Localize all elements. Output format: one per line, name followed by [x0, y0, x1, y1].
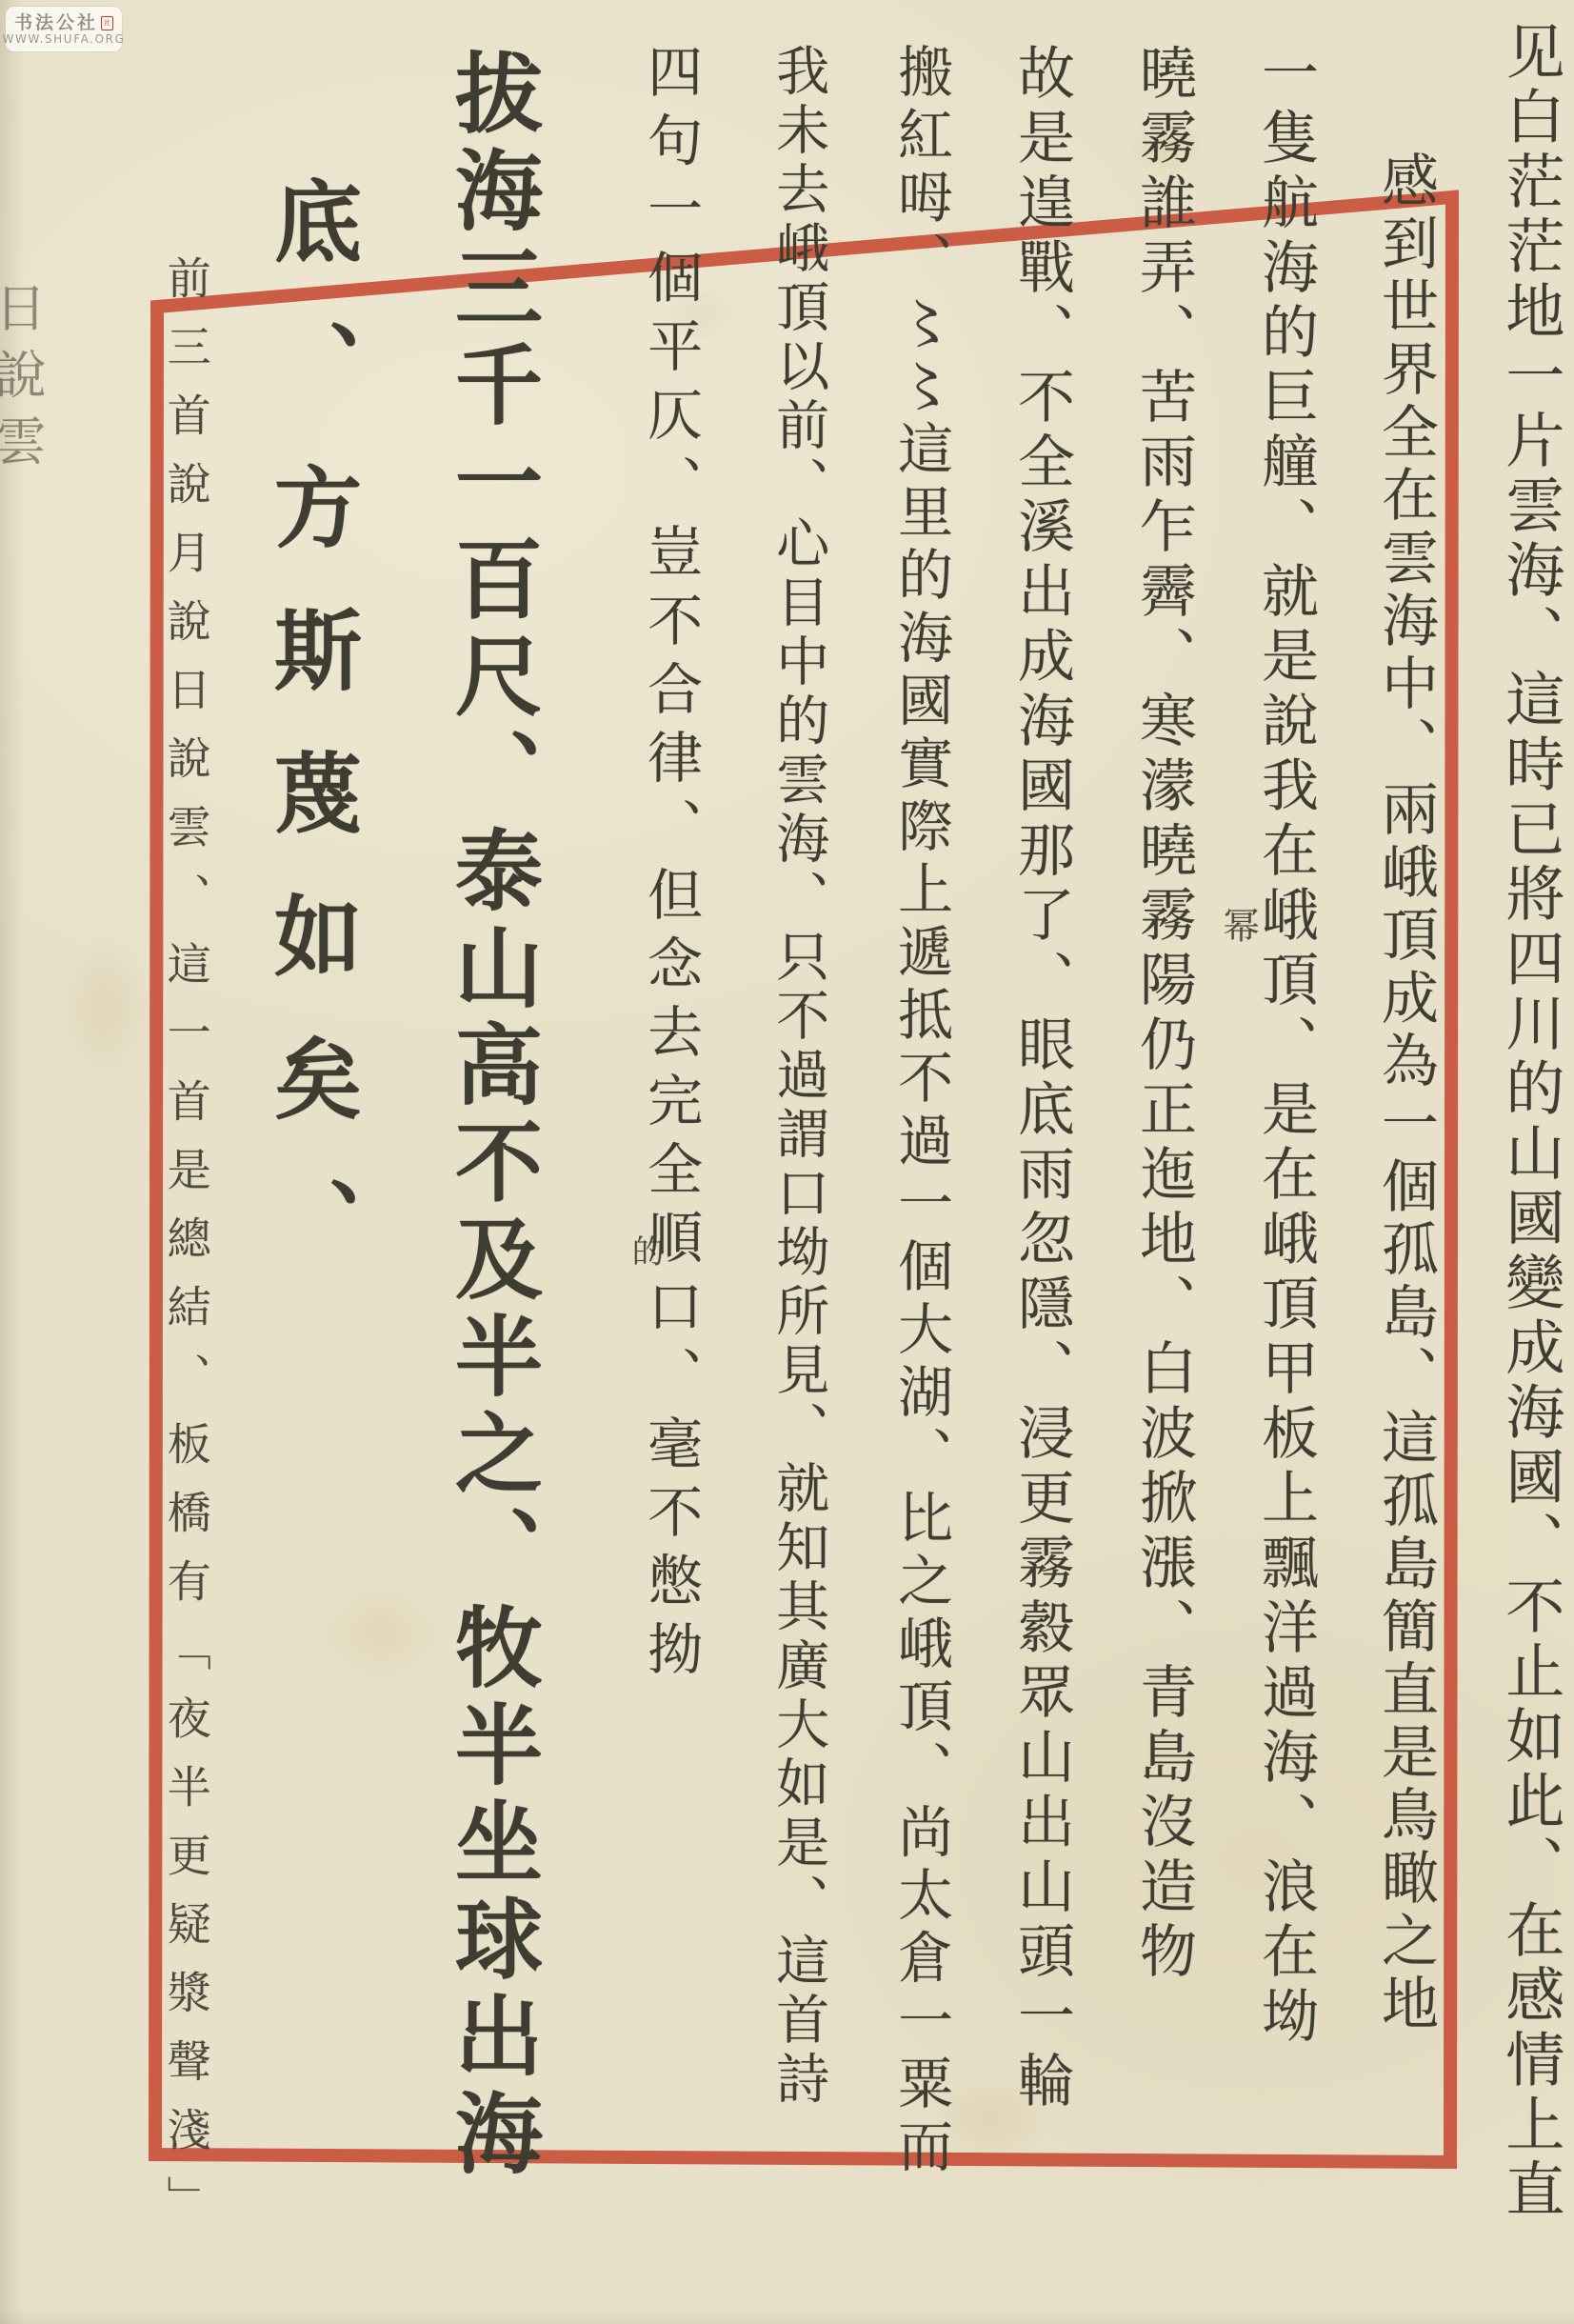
- text-column-c09: 拔海三千一百尺、泰山高不及半之、牧半坐球出海: [427, 48, 558, 2185]
- text-column-c05: 故是遑戰、不全溪出成海國那了、眼底雨忽隱、浸更霧縠眾山出山頭一輪: [1000, 43, 1083, 2115]
- text-column-c14: 日說雲: [0, 281, 53, 481]
- text-column-c10: 底、方斯蔑如矣、: [246, 176, 377, 1319]
- text-column-c13: 的: [621, 1234, 667, 1269]
- watermark-site-url: WWW.SHUFA.ORG: [3, 33, 126, 45]
- paper-stain: [57, 933, 152, 1086]
- text-column-c12: 幂: [1211, 907, 1264, 947]
- text-column-c02: 感到世界全在雲海中、兩峨頂成為一個孤島、這孤島簡直是鳥瞰之地: [1364, 150, 1446, 2036]
- text-column-c07: 我未去峨頂以前、心目中的雲海、只不過謂口坳所見、就知其廣大如是、這首詩: [760, 43, 837, 2110]
- manuscript-page: 见白茫茫地一片雲海、這時已將四川的山國變成海國、不止如此、在感情上直感到世界全在…: [0, 0, 1574, 2324]
- text-column-c03: 一隻航海的巨艟、就是說我在峨頂、是在峨頂甲板上飄洋過海、浪在坳: [1244, 43, 1326, 2051]
- text-column-c06: 搬紅呣、〻〻這里的海國實際上遞抵不過一個大湖、比之峨頂、尚太倉一粟而: [881, 43, 961, 2180]
- text-column-c08: 四句一個平仄、豈不合律、但念去完全順口、毫不憋拗: [630, 43, 710, 1689]
- text-column-c01: 见白茫茫地一片雲海、這時已將四川的山國變成海國、不止如此、在感情上直: [1487, 21, 1573, 2223]
- site-watermark: 书法公社 社 WWW.SHUFA.ORG: [6, 7, 122, 51]
- watermark-title-row: 书法公社 社: [14, 14, 113, 32]
- text-column-c11: 前三首說月說日說雲、這一首是總結、板橋有「夜半更疑漿聲淺」: [154, 255, 218, 2244]
- watermark-site-name: 书法公社: [14, 14, 98, 32]
- text-column-c04: 曉霧誰弄、苦雨乍霽、寒濛曉霧陽仍正迤地、白波掀漲、青島沒造物: [1122, 43, 1205, 1986]
- watermark-seal-icon: 社: [101, 16, 113, 30]
